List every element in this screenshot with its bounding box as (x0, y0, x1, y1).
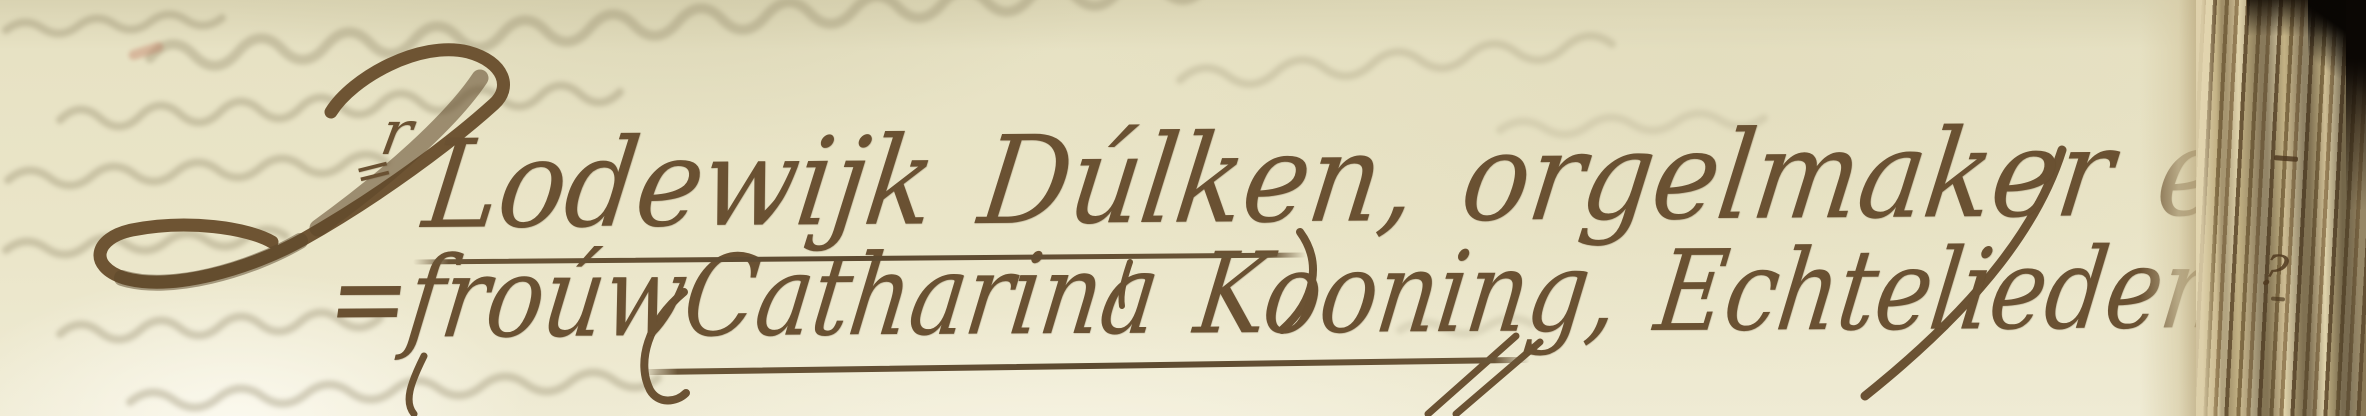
edge-right-shadow (2346, 0, 2366, 210)
name-wife: Catharina Kooning (676, 227, 1597, 362)
text-line-2: =froúwCatharina Kooning, Echtelieden (322, 233, 2230, 355)
line2-rest: , Echtelieden (1579, 224, 2231, 357)
line2-prefix: =froúw (321, 232, 694, 364)
manuscript-photo: r = Lodewijk Dúlken, orgelmaker en Juf= … (0, 0, 2366, 416)
book-fore-edge: ? (2196, 0, 2366, 416)
